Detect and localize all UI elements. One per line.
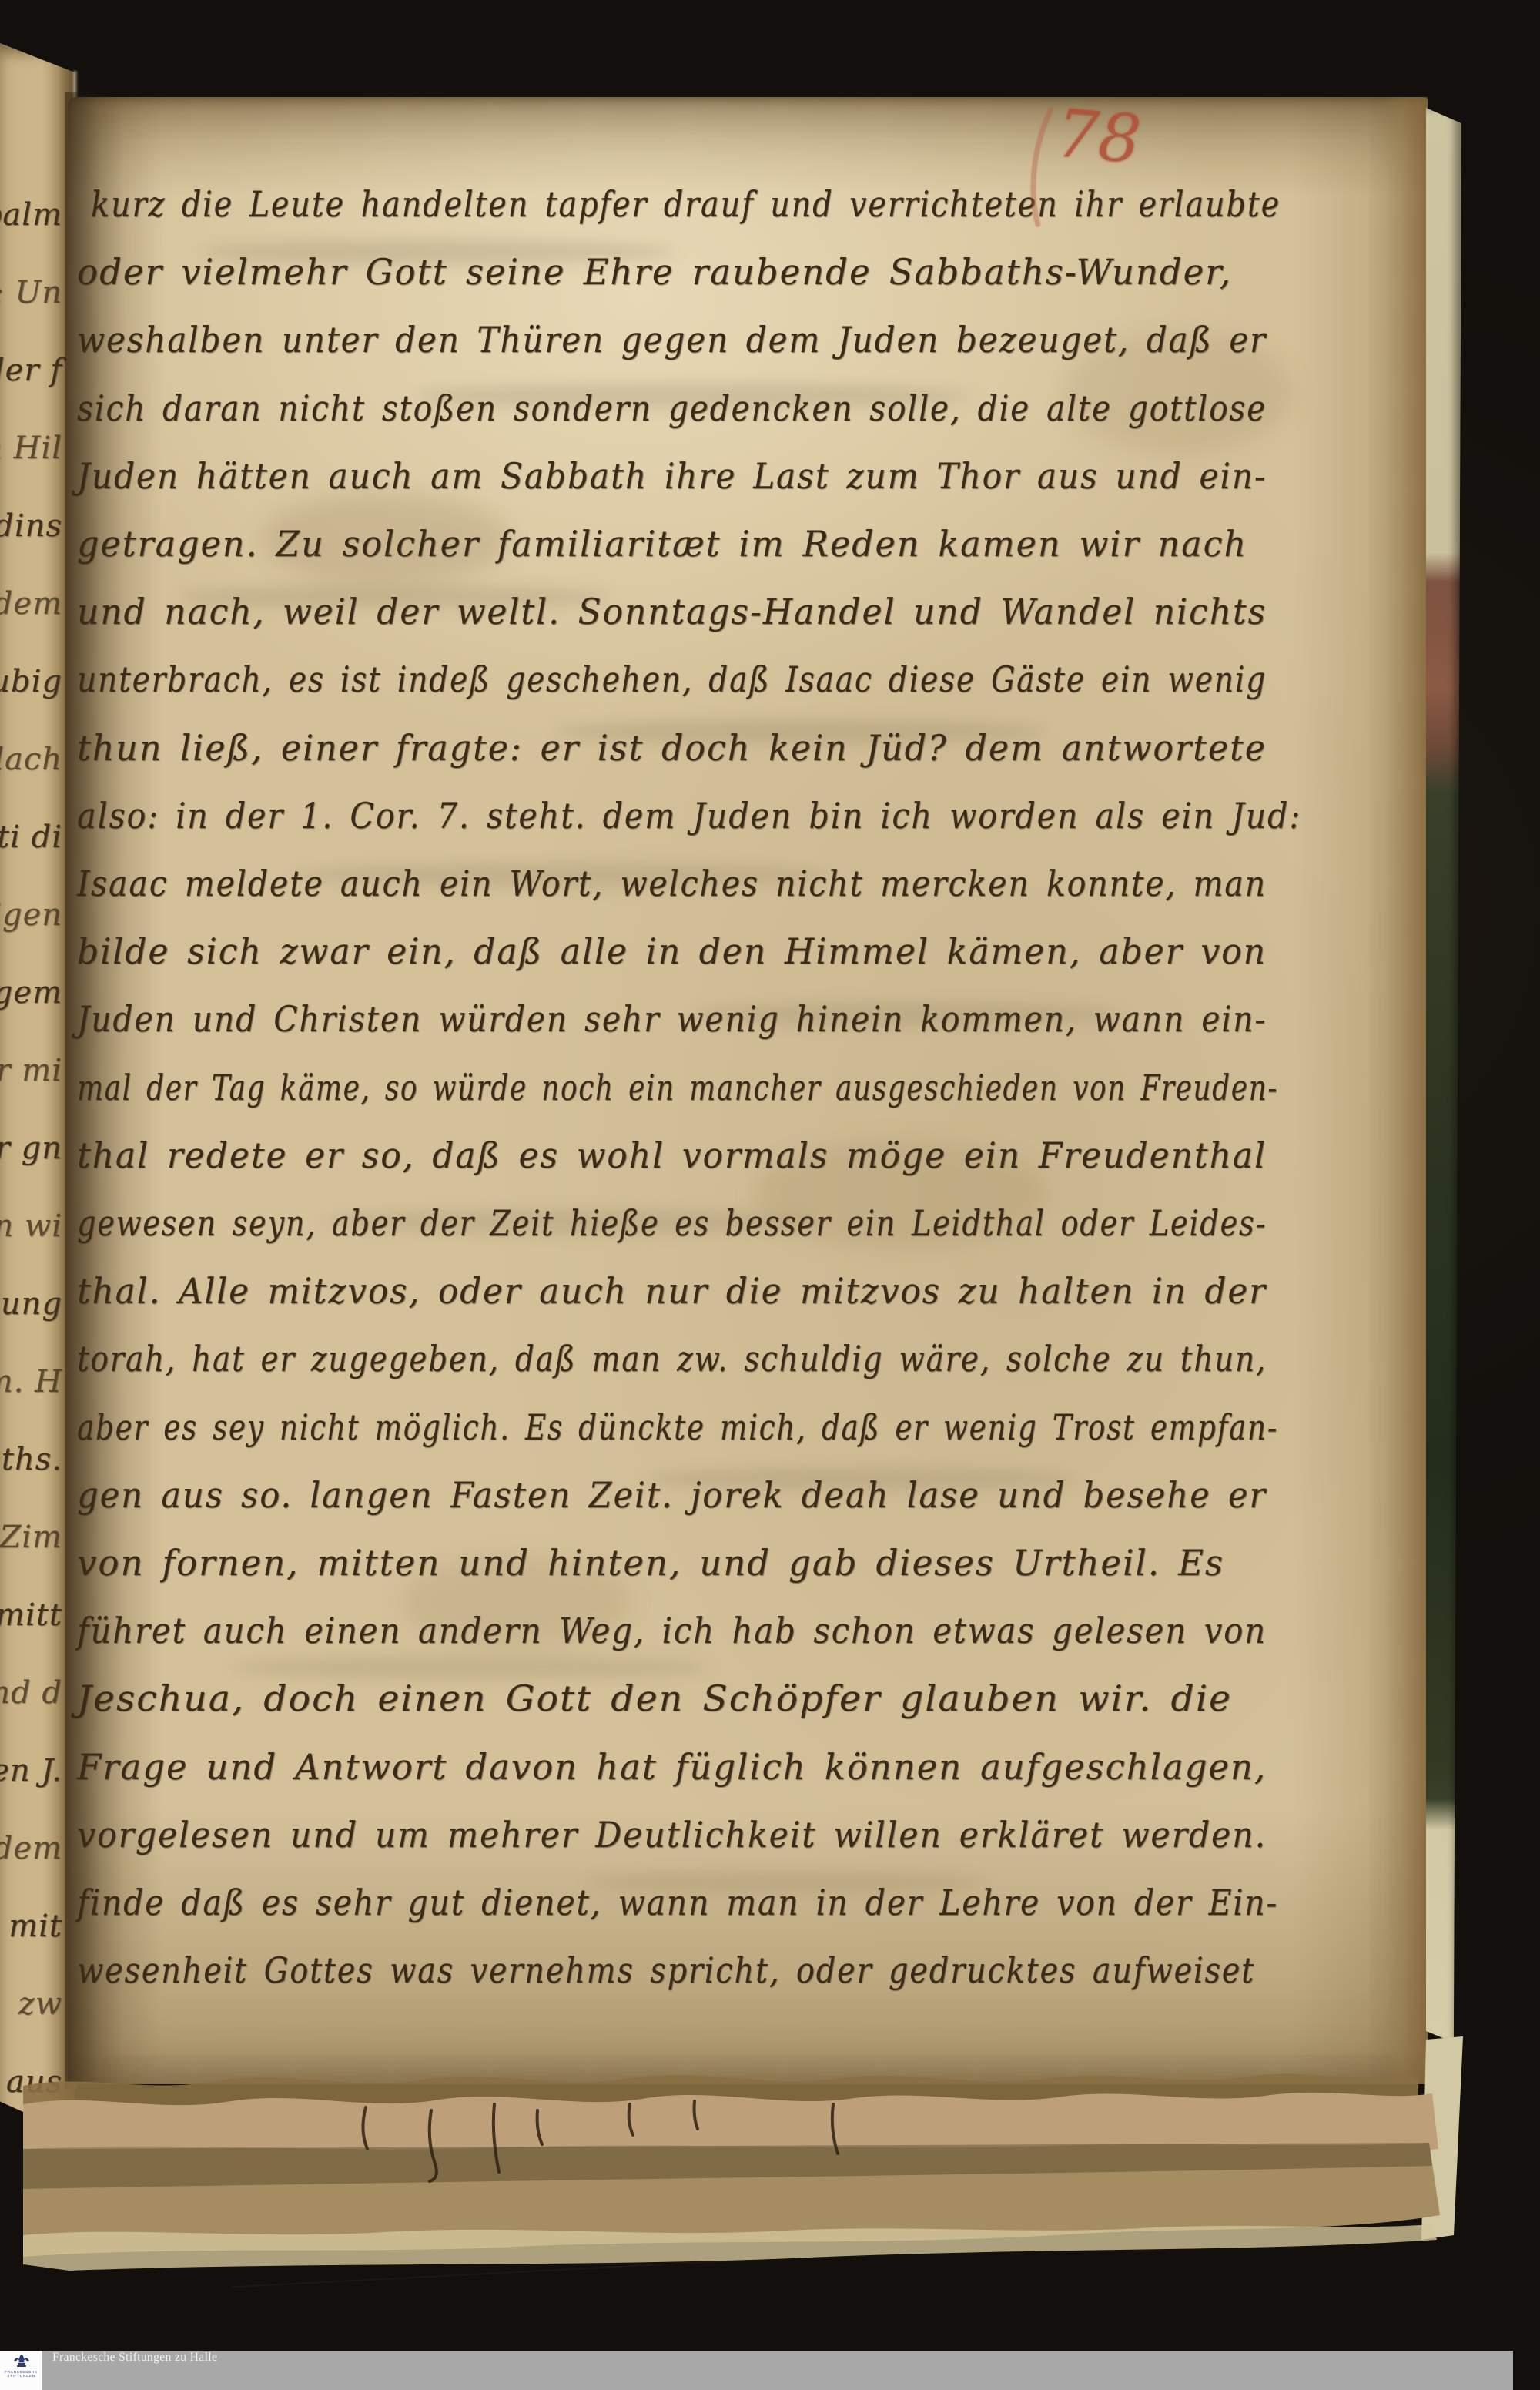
manuscript-scan: Spalm ahi: Un - der f d dem Hil die dins… bbox=[0, 0, 1540, 2390]
franckesche-stiftungen-logo-icon bbox=[10, 2353, 33, 2370]
manuscript-line: weshalben unter den Thüren gegen dem Jud… bbox=[77, 319, 1267, 360]
manuscript-line: Jeschua, doch einen Gott den Schöpfer gl… bbox=[77, 1678, 1232, 1719]
previous-page-edge: Spalm ahi: Un - der f d dem Hil die dins… bbox=[0, 43, 75, 2135]
manuscript-line: torah, hat er zugegeben, daß man zw. sch… bbox=[77, 1338, 1267, 1379]
deckle-edge bbox=[1383, 97, 1428, 2084]
manuscript-line: Juden und Christen würden sehr wenig hin… bbox=[77, 998, 1267, 1040]
manuscript-line: mal der Tag käme, so würde noch ein manc… bbox=[77, 1067, 1278, 1108]
margin-fragment: für mi bbox=[0, 1053, 62, 1088]
manuscript-line: bilde sich zwar ein, daß alle in den Him… bbox=[77, 930, 1267, 972]
margin-fragment: sti di bbox=[0, 820, 62, 855]
institution-logo: FRANCKESCHE STIFTUNGEN bbox=[0, 2351, 42, 2390]
margin-fragment: Spalm bbox=[0, 197, 62, 233]
institution-label: Franckesche Stiftungen zu Halle bbox=[52, 2351, 217, 2390]
footer-bar: FRANCKESCHE STIFTUNGEN Franckesche Stift… bbox=[0, 2351, 1513, 2390]
margin-fragment: von dem bbox=[0, 1831, 62, 1866]
margin-fragment: mit dem bbox=[0, 586, 62, 622]
margin-fragment: die dins bbox=[0, 508, 62, 544]
manuscript-line: unterbrach, es ist indeß geschehen, daß … bbox=[77, 659, 1267, 700]
margin-fragment: gläubig bbox=[0, 664, 62, 699]
book-fore-edge bbox=[1426, 108, 1461, 2043]
manuscript-line: sich daran nicht stoßen sondern gedencke… bbox=[77, 387, 1267, 429]
manuscript-line: vorgelesen und um mehrer Deutlichkeit wi… bbox=[77, 1814, 1267, 1855]
margin-fragment: - der f bbox=[0, 353, 62, 388]
margin-fragment: laser Zim bbox=[0, 1520, 62, 1555]
manuscript-line: von fornen, mitten und hinten, und gab d… bbox=[77, 1542, 1224, 1584]
manuscript-line: Frage und Antwort davon hat füglich könn… bbox=[77, 1746, 1267, 1788]
margin-fragment: geung bbox=[0, 1286, 62, 1322]
manuscript-line: wesenheit Gottes was vernehms spricht, o… bbox=[77, 1949, 1255, 1991]
manuscript-line: also: in der 1. Cor. 7. steht. dem Juden… bbox=[77, 795, 1301, 836]
manuscript-line: kurz die Leute handelten tapfer drauf un… bbox=[91, 183, 1281, 225]
manuscript-line: thun ließ, einer fragte: er ist doch kei… bbox=[77, 727, 1267, 769]
manuscript-line: thal redete er so, daß es wohl vormals m… bbox=[77, 1135, 1267, 1176]
manuscript-line: oder vielmehr Gott seine Ehre raubende S… bbox=[77, 251, 1232, 293]
manuscript-line: gen aus so. langen Fasten Zeit. jorek de… bbox=[77, 1474, 1267, 1516]
manuscript-line: thal. Alle mitzvos, oder auch nur die mi… bbox=[77, 1270, 1267, 1312]
margin-fragment: d dem Hil bbox=[0, 431, 62, 466]
manuscript-line: aber es sey nicht möglich. Es dünckte mi… bbox=[77, 1406, 1278, 1448]
margin-fragment: ugen wi bbox=[0, 1208, 62, 1244]
manuscript-line: und nach, weil der weltl. Sonntags-Hande… bbox=[77, 591, 1267, 632]
manuscript-line: Isaac meldete auch ein Wort, welches nic… bbox=[77, 863, 1267, 904]
folio-number: 78 bbox=[1053, 95, 1144, 179]
margin-fragment: der gn bbox=[0, 1131, 62, 1166]
margin-fragment: udigen bbox=[0, 897, 62, 933]
margin-fragment: ahi: Un bbox=[0, 275, 62, 310]
manuscript-line: führet auch einen andern Weg, ich hab sc… bbox=[77, 1610, 1267, 1651]
margin-fragment: nd gem bbox=[0, 975, 62, 1011]
folio-number-text: 78 bbox=[1053, 95, 1144, 179]
margin-fragment: des lach bbox=[0, 742, 62, 777]
manuscript-line: finde daß es sehr gut dienet, wann man i… bbox=[77, 1882, 1278, 1923]
bottom-page-edges bbox=[23, 2033, 1501, 2299]
margin-fragment: zw bbox=[18, 1986, 62, 2022]
manuscript-line: getragen. Zu solcher familiaritæt im Red… bbox=[77, 523, 1247, 565]
manuscript-line: gewesen seyn, aber der Zeit hieße es bes… bbox=[77, 1202, 1267, 1244]
logo-text-line2: STIFTUNGEN bbox=[7, 2374, 35, 2378]
margin-fragment: g und d bbox=[0, 1675, 62, 1711]
manuscript-line: Juden hätten auch am Sabbath ihre Last z… bbox=[77, 455, 1267, 497]
margin-fragment: m. H bbox=[0, 1364, 62, 1399]
margin-fragment: ed mit bbox=[0, 1909, 62, 1944]
margin-fragment: einen J. bbox=[0, 1753, 62, 1788]
margin-fragment: achmitt bbox=[0, 1597, 62, 1633]
margin-fragment: Sabbaths. bbox=[0, 1442, 62, 1477]
